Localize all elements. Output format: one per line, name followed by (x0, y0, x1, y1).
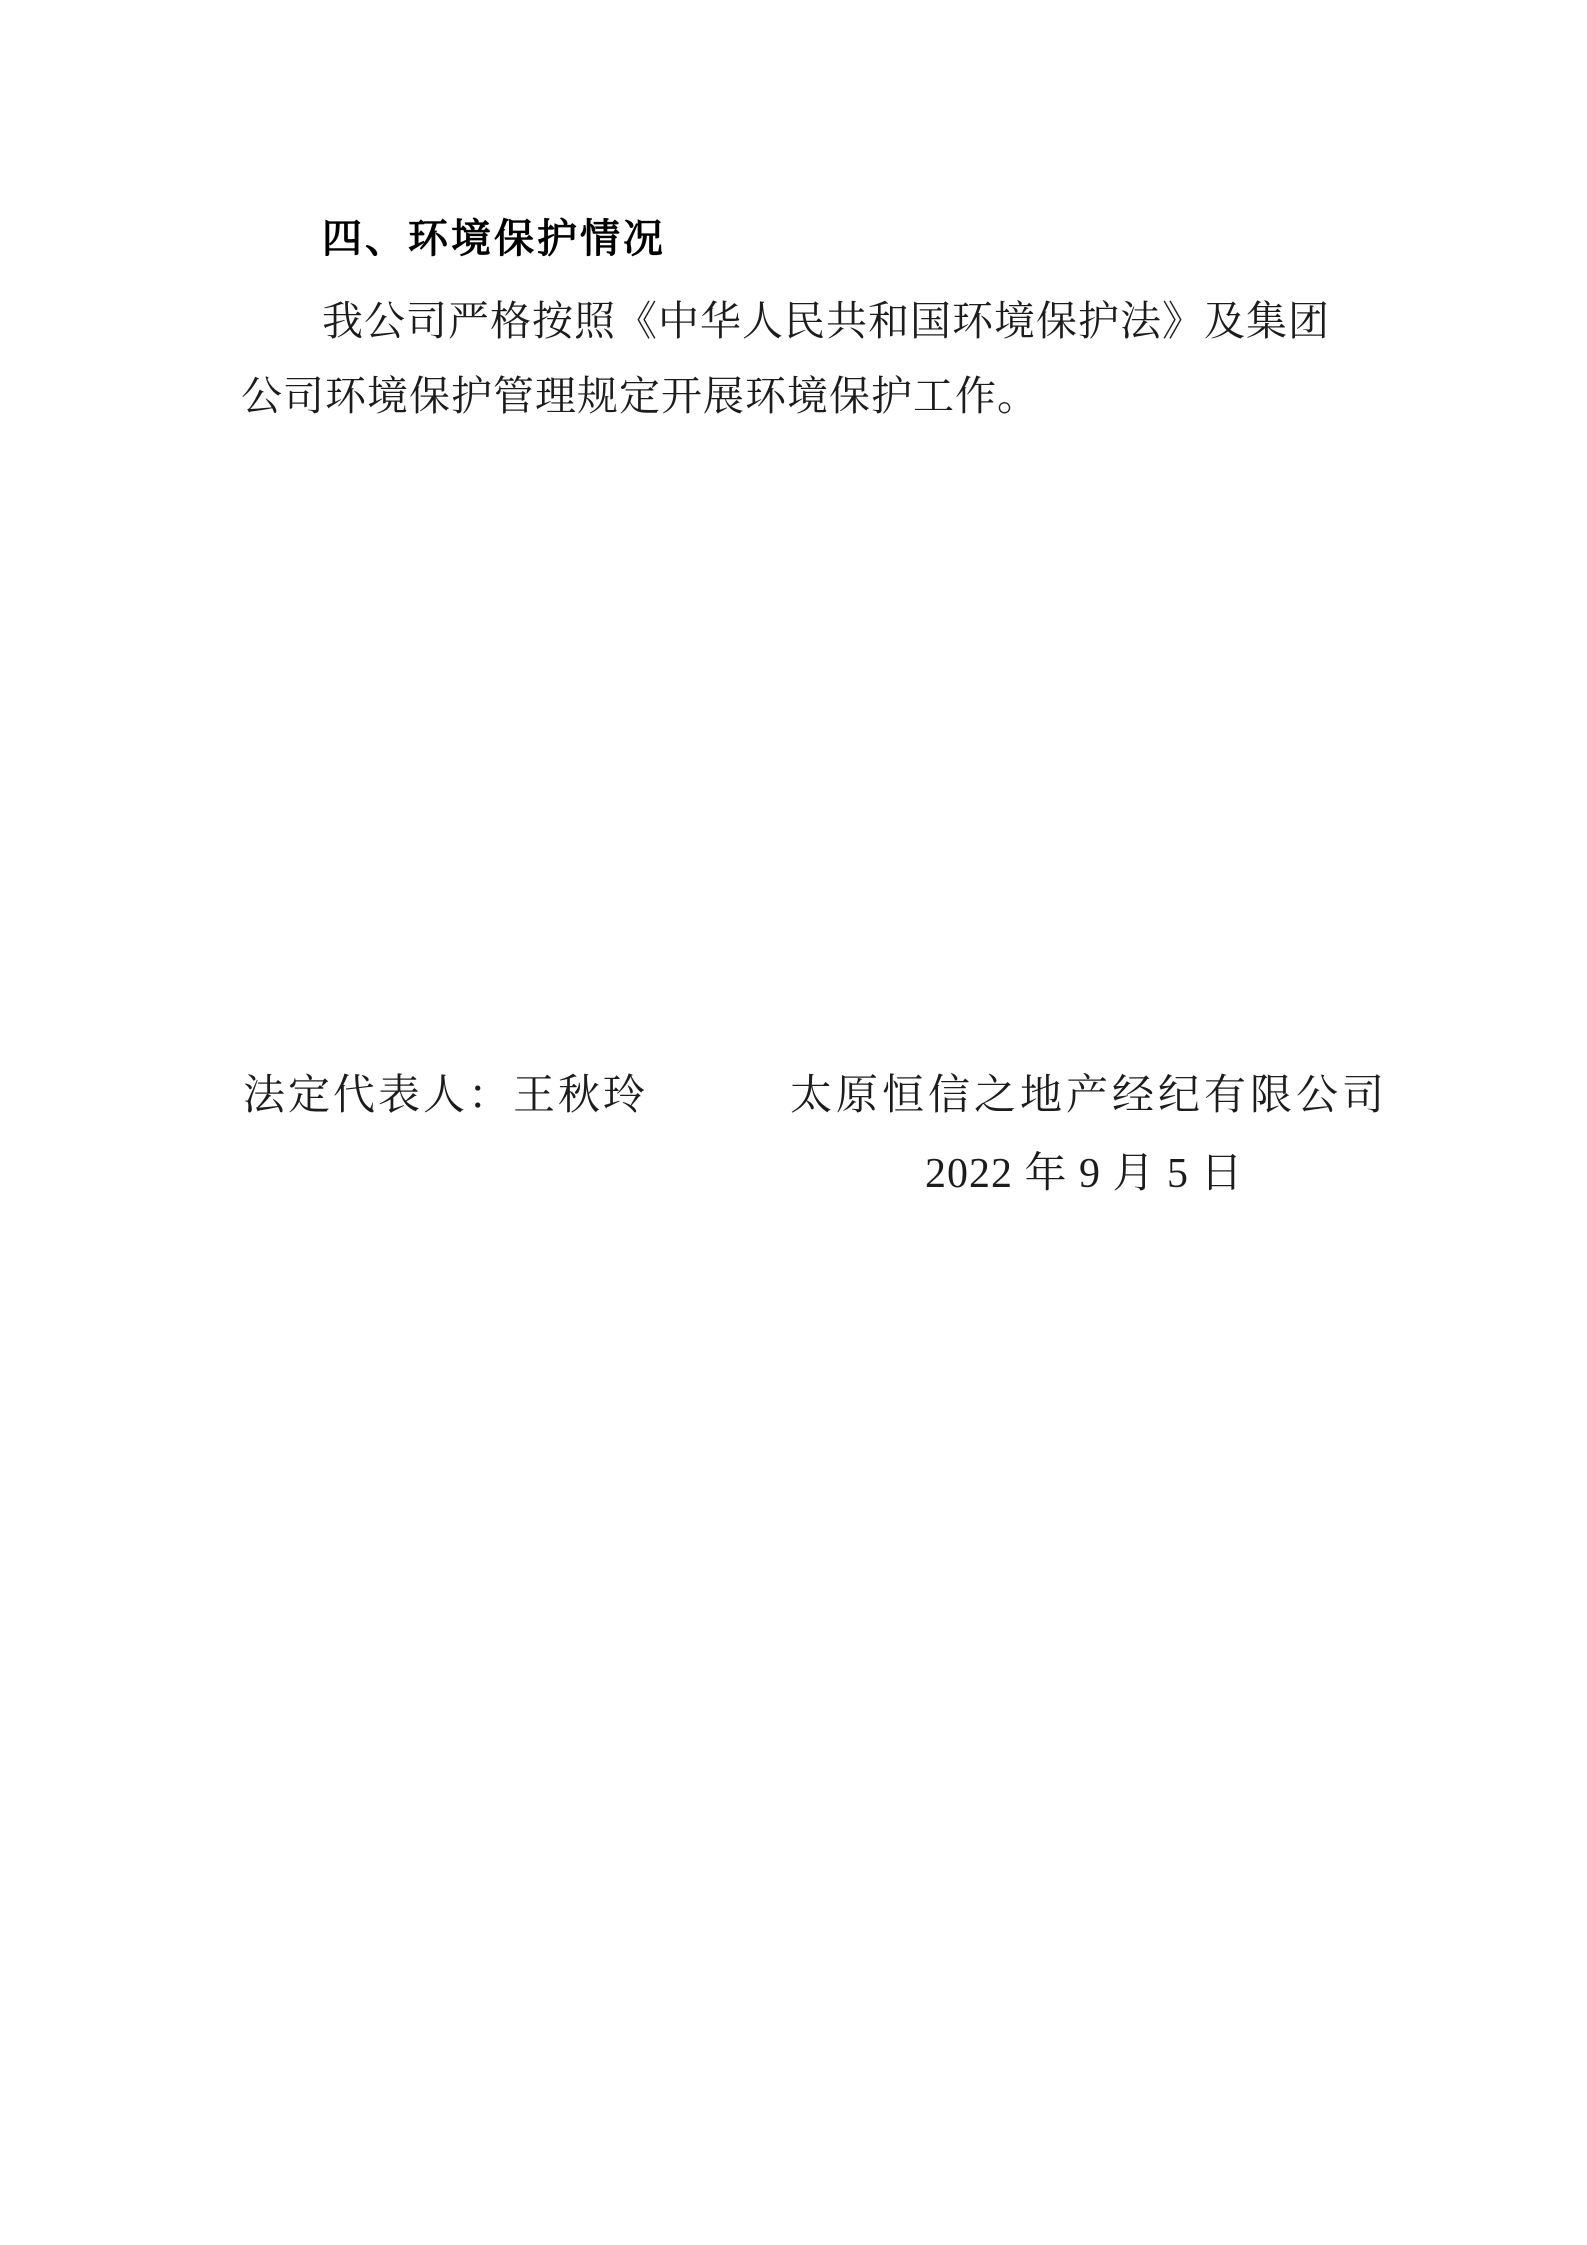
legal-representative-line: 法定代表人：王秋玲 (243, 1075, 648, 1117)
document-page: 四、环境保护情况 我公司严格按照《中华人民共和国环境保护法》及集团 公司环境保护… (0, 0, 1587, 2245)
paragraph-line-1: 我公司严格按照《中华人民共和国环境保护法》及集团 (322, 301, 1330, 342)
signature-date: 2022 年 9 月 5 日 (925, 1153, 1244, 1195)
paragraph-line-2: 公司环境保护管理规定开展环境保护工作。 (241, 376, 1039, 417)
company-name: 太原恒信之地产经纪有限公司 (790, 1075, 1388, 1117)
section-heading: 四、环境保护情况 (322, 219, 666, 259)
